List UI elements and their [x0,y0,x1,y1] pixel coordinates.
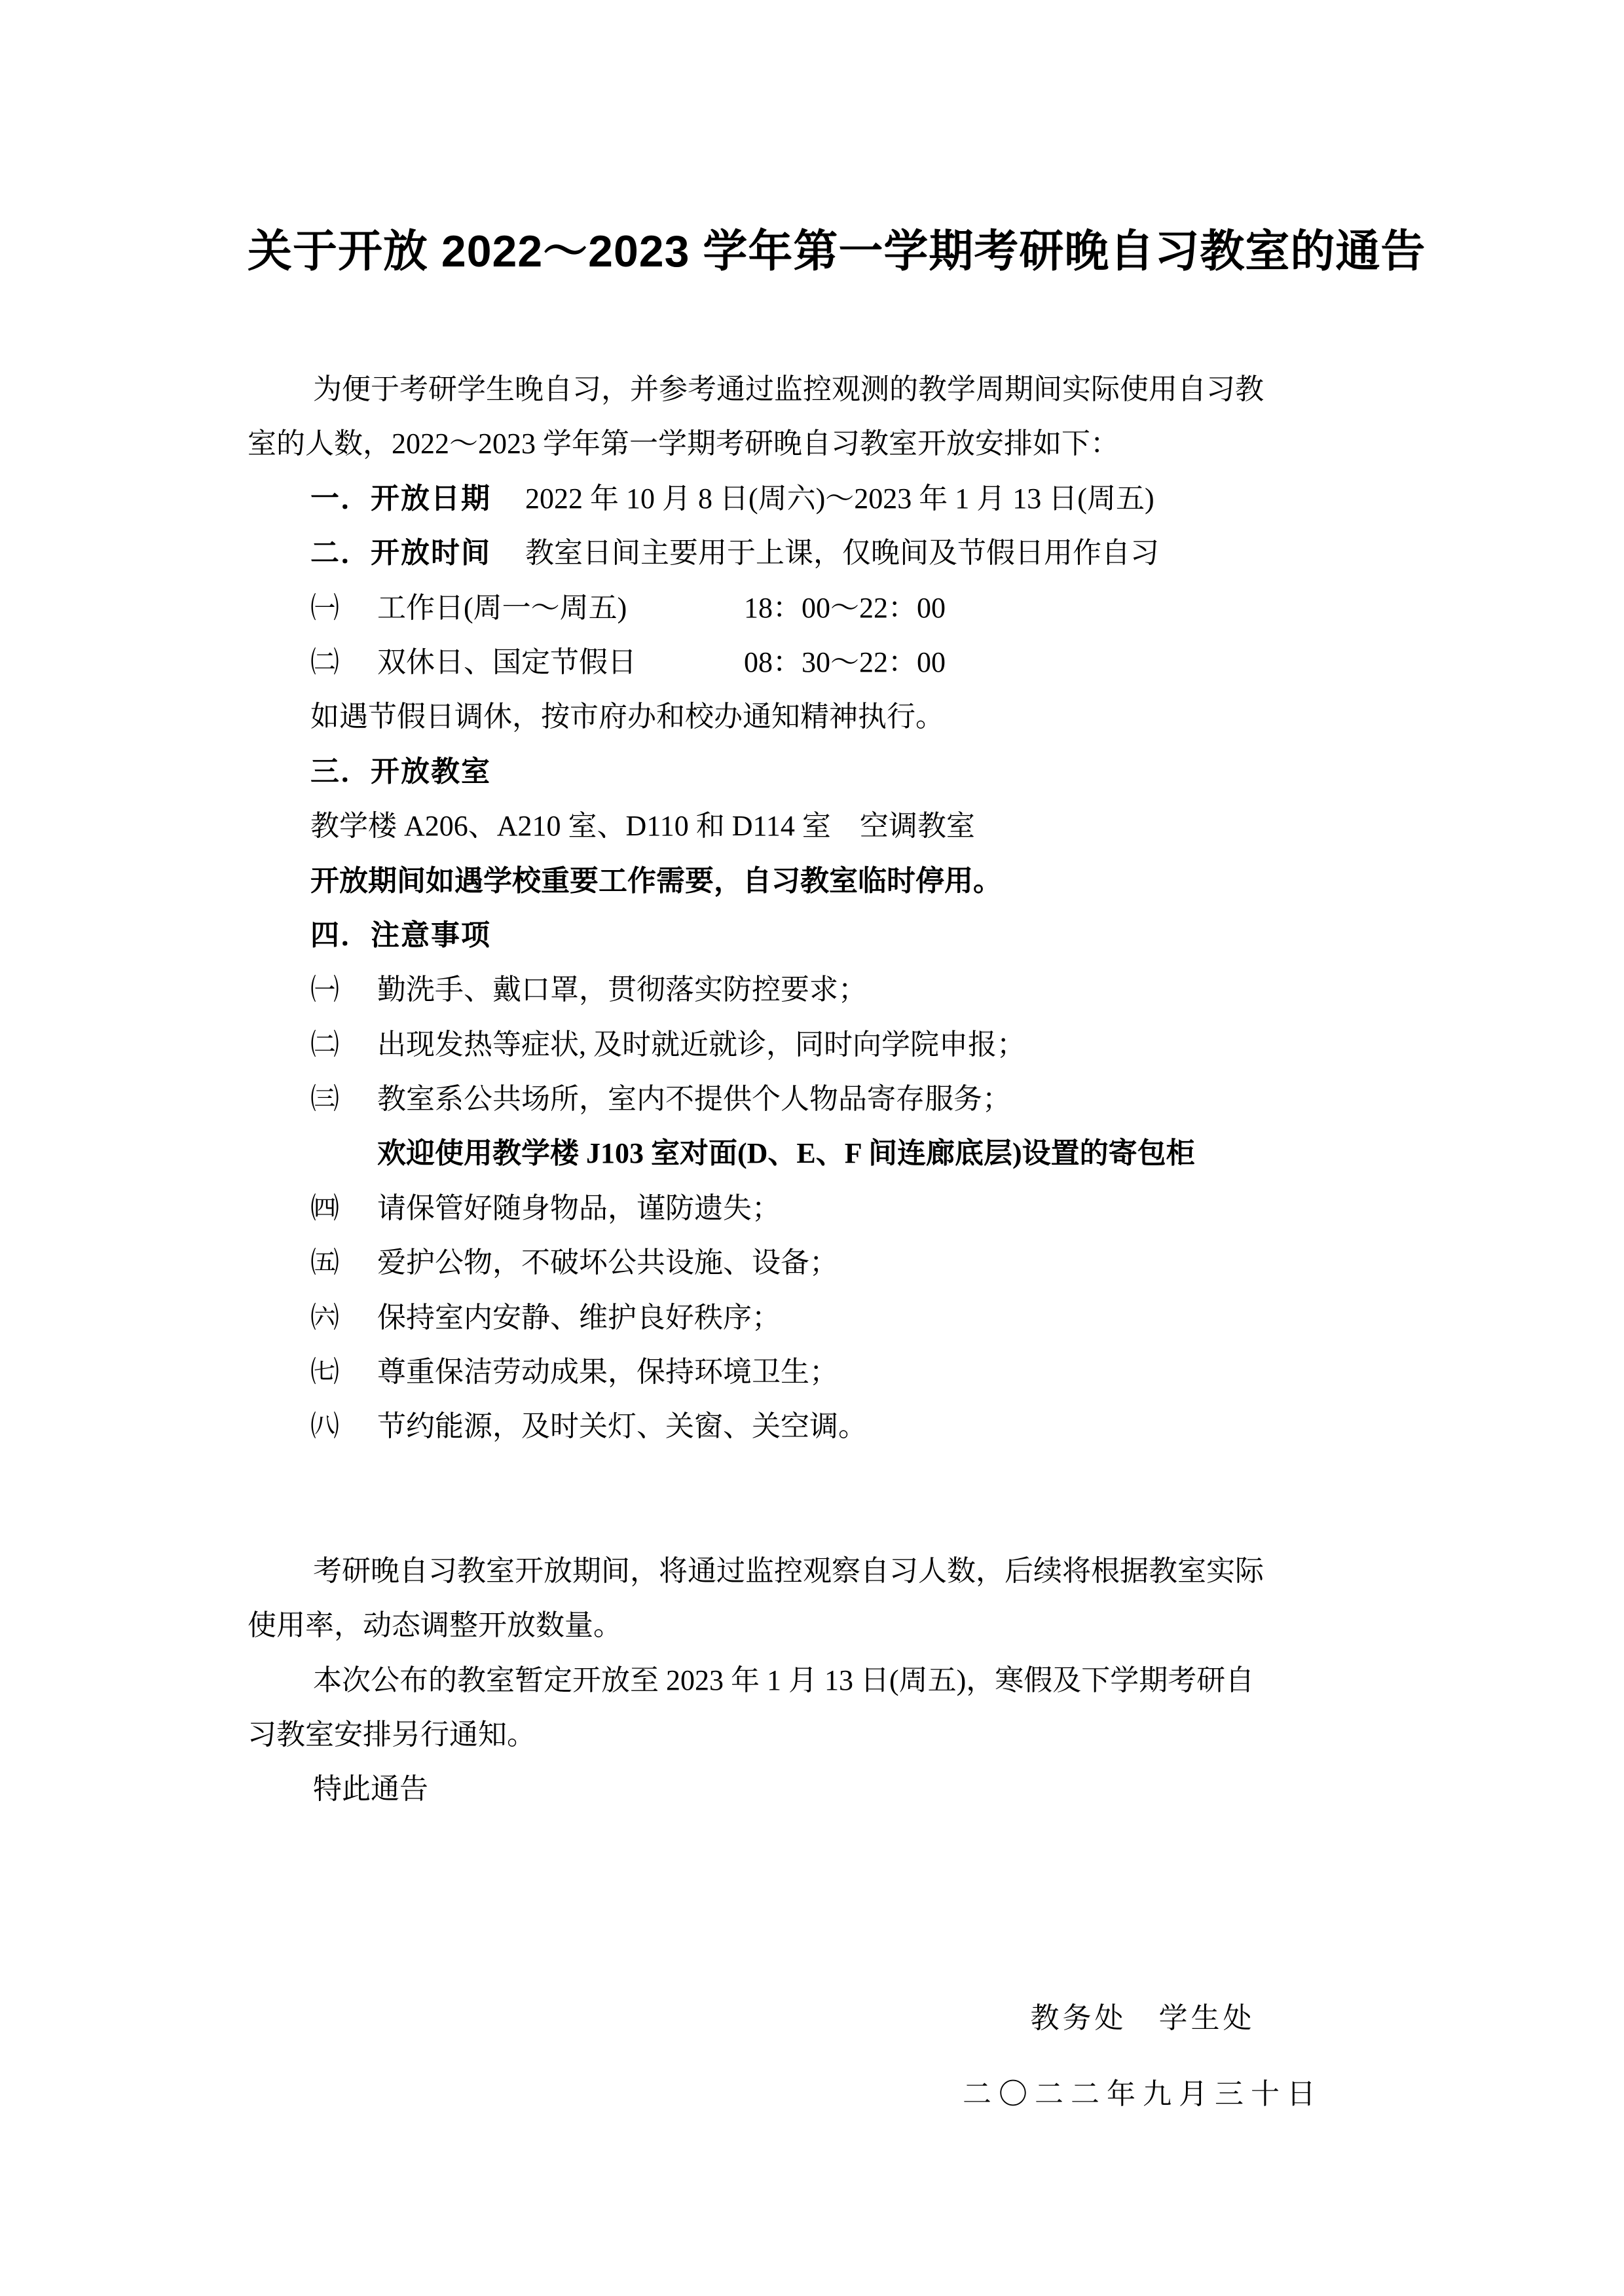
note-item-2: ㈡出现发热等症状, 及时就近就诊，同时向学院申报； [310,1017,1398,1072]
signature-block: 教务处 学生处 二〇二二年九月三十日 [959,1991,1326,2122]
section-1-heading: 一．开放日期2022 年 10 月 8 日(周六)～2023 年 1 月 13 … [310,471,1398,526]
note-item-7: ㈦尊重保洁劳动成果，保持环境卫生； [310,1345,1398,1399]
item-marker: ㈡ [310,1017,377,1072]
closing-para1-line2: 使用率，动态调整开放数量。 [248,1598,1398,1652]
note-item-8: ㈧节约能源，及时关灯、关窗、关空调。 [310,1399,1398,1453]
note-text: 请保管好随身物品，谨防遗失； [377,1192,781,1224]
item-marker: ㈣ [310,1181,377,1235]
closing-para2-line2: 习教室安排另行通知。 [248,1707,1398,1762]
section-1-value: 2022 年 10 月 8 日(周六)～2023 年 1 月 13 日(周五) [525,483,1154,515]
section-2-value: 教室日间主要用于上课，仅晚间及节假日用作自习 [525,537,1159,569]
section-2-label: 二．开放时间 [310,537,491,569]
note-text: 勤洗手、戴口罩，贯彻落实防控要求； [377,974,867,1006]
hours-time: 08：30～22：00 [744,646,946,678]
closing-para1-line1: 考研晚自习教室开放期间，将通过监控观察自习人数，后续将根据教室实际 [248,1544,1398,1598]
classroom-list: 教学楼 A206、A210 室、D110 和 D114 室 空调教室 [310,799,1398,853]
note-text: 保持室内安静、维护良好秩序； [377,1302,781,1334]
note-text: 节约能源，及时关灯、关窗、关空调。 [377,1410,867,1442]
hours-label: 双休日、国定节假日 [377,635,744,689]
item-marker: ㈢ [310,1072,377,1126]
signature-departments: 教务处 学生处 [959,1991,1326,2045]
hours-row-weekday: ㈠工作日(周一～周五)18：00～22：00 [310,581,1398,635]
section-4-label: 四．注意事项 [310,919,491,951]
item-marker: ㈦ [310,1345,377,1399]
note-text: 出现发热等症状, 及时就近就诊，同时向学院申报； [377,1029,1025,1061]
section-open-hours: 二．开放时间教室日间主要用于上课，仅晚间及节假日用作自习 ㈠工作日(周一～周五)… [248,526,1398,744]
item-marker: ㈡ [310,635,377,689]
page-title: 关于开放 2022～2023 学年第一学期考研晚自习教室的通告 [248,220,1398,283]
item-marker: ㈥ [310,1290,377,1345]
document-page: 关于开放 2022～2023 学年第一学期考研晚自习教室的通告 为便于考研学生晚… [0,0,1624,2296]
section-4-heading: 四．注意事项 [310,908,1398,962]
item-marker: ㈠ [310,581,377,635]
hours-row-weekend: ㈡双休日、国定节假日08：30～22：00 [310,635,1398,689]
signature-date: 二〇二二年九月三十日 [959,2067,1326,2121]
note-item-3: ㈢教室系公共场所，室内不提供个人物品寄存服务； [310,1072,1398,1126]
item-marker: ㈧ [310,1399,377,1453]
closing-para2-line1: 本次公布的教室暂定开放至 2023 年 1 月 13 日(周五)，寒假及下学期考… [248,1653,1398,1707]
note-item-6: ㈥保持室内安静、维护良好秩序； [310,1290,1398,1345]
section-3-label: 三．开放教室 [310,756,491,788]
section-1-label: 一．开放日期 [310,483,491,515]
hours-time: 18：00～22：00 [744,592,946,624]
section-open-dates: 一．开放日期2022 年 10 月 8 日(周六)～2023 年 1 月 13 … [248,471,1398,526]
suspension-note: 开放期间如遇学校重要工作需要，自习教室临时停用。 [310,854,1398,908]
note-text: 教室系公共场所，室内不提供个人物品寄存服务； [377,1083,1011,1115]
hours-label: 工作日(周一～周五) [377,581,744,635]
section-2-heading: 二．开放时间教室日间主要用于上课，仅晚间及节假日用作自习 [310,526,1398,580]
intro-line-1: 为便于考研学生晚自习，并参考通过监控观测的教学周期间实际使用自习教 [248,362,1398,416]
section-3-heading: 三．开放教室 [310,744,1398,799]
note-item-1: ㈠勤洗手、戴口罩，贯彻落实防控要求； [310,962,1398,1017]
holiday-note: 如遇节假日调休，按市府办和校办通知精神执行。 [310,689,1398,744]
note-item-5: ㈤爱护公物，不破坏公共设施、设备； [310,1235,1398,1290]
note-item-4: ㈣请保管好随身物品，谨防遗失； [310,1181,1398,1235]
closing-paragraphs: 考研晚自习教室开放期间，将通过监控观察自习人数，后续将根据教室实际 使用率，动态… [248,1544,1398,1817]
document-content: 关于开放 2022～2023 学年第一学期考研晚自习教室的通告 为便于考研学生晚… [0,0,1624,2122]
locker-note: 欢迎使用教学楼 J103 室对面(D、E、F 间连廊底层)设置的寄包柜 [377,1126,1398,1180]
section-notes: 四．注意事项 ㈠勤洗手、戴口罩，贯彻落实防控要求； ㈡出现发热等症状, 及时就近… [248,908,1398,1454]
section-open-classrooms: 三．开放教室 教学楼 A206、A210 室、D110 和 D114 室 空调教… [248,744,1398,908]
note-text: 尊重保洁劳动成果，保持环境卫生； [377,1356,838,1388]
item-marker: ㈠ [310,962,377,1017]
intro-line-2: 室的人数，2022～2023 学年第一学期考研晚自习教室开放安排如下： [248,416,1398,471]
intro-paragraph: 为便于考研学生晚自习，并参考通过监控观测的教学周期间实际使用自习教 室的人数，2… [248,362,1398,471]
notice-statement: 特此通告 [248,1762,1398,1816]
note-text: 爱护公物，不破坏公共设施、设备； [377,1247,838,1279]
item-marker: ㈤ [310,1235,377,1290]
